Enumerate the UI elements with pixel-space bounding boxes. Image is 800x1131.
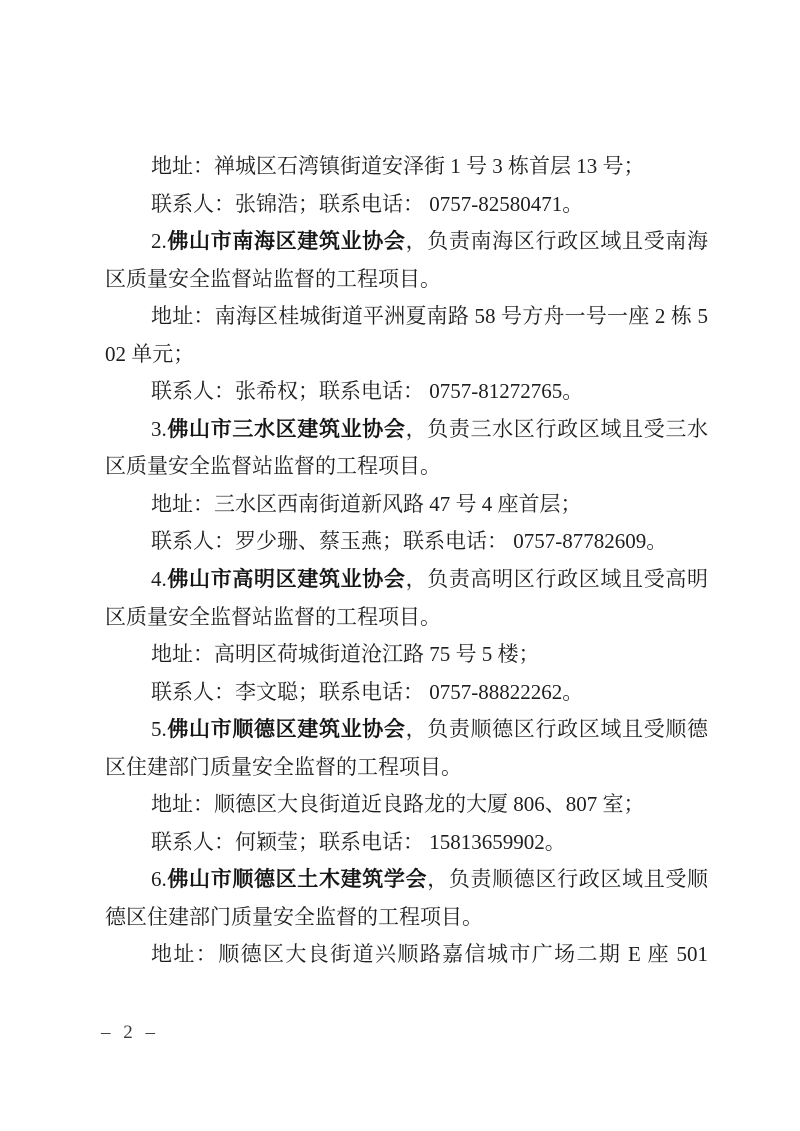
- page-body: 地址：禅城区石湾镇街道安泽街 1 号 3 栋首层 13 号； 联系人：张锦浩；联…: [105, 148, 708, 974]
- entry5-heading: 5.佛山市顺德区建筑业协会，负责顺德区行政区域且受顺德区住建部门质量安全监督的工…: [105, 711, 708, 786]
- document-page: 地址：禅城区石湾镇街道安泽街 1 号 3 栋首层 13 号； 联系人：张锦浩；联…: [0, 0, 800, 1131]
- entry4-org-name: 佛山市高明区建筑业协会: [167, 568, 406, 591]
- entry5-address-line: 地址：顺德区大良街道近良路龙的大厦 806、807 室；: [105, 786, 708, 824]
- entry6-number: 6.: [151, 867, 167, 891]
- entry1-contact-line: 联系人：张锦浩；联系电话： 0757-82580471。: [105, 186, 708, 224]
- entry4-contact-line: 联系人：李文聪；联系电话： 0757-88822262。: [105, 674, 708, 712]
- entry3-org-name: 佛山市三水区建筑业协会: [167, 418, 406, 441]
- page-number: – 2 –: [101, 1022, 159, 1044]
- entry6-address-line: 地址：顺德区大良街道兴顺路嘉信城市广场二期 E 座 501: [105, 936, 708, 974]
- entry5-contact-line: 联系人：何颖莹；联系电话： 15813659902。: [105, 824, 708, 862]
- entry3-number: 3.: [151, 417, 167, 441]
- entry3-heading: 3.佛山市三水区建筑业协会，负责三水区行政区域且受三水区质量安全监督站监督的工程…: [105, 411, 708, 486]
- entry4-heading: 4.佛山市高明区建筑业协会，负责高明区行政区域且受高明区质量安全监督站监督的工程…: [105, 561, 708, 636]
- entry3-address-line: 地址：三水区西南街道新风路 47 号 4 座首层；: [105, 486, 708, 524]
- entry2-heading: 2.佛山市南海区建筑业协会，负责南海区行政区域且受南海区质量安全监督站监督的工程…: [105, 223, 708, 298]
- entry2-number: 2.: [151, 229, 167, 253]
- entry1-address-line: 地址：禅城区石湾镇街道安泽街 1 号 3 栋首层 13 号；: [105, 148, 708, 186]
- entry5-org-name: 佛山市顺德区建筑业协会: [167, 718, 406, 741]
- entry4-number: 4.: [151, 567, 167, 591]
- entry3-contact-line: 联系人：罗少珊、蔡玉燕；联系电话： 0757-87782609。: [105, 523, 708, 561]
- entry2-org-name: 佛山市南海区建筑业协会: [167, 230, 406, 253]
- entry6-heading: 6.佛山市顺德区土木建筑学会，负责顺德区行政区域且受顺德区住建部门质量安全监督的…: [105, 861, 708, 936]
- entry6-org-name: 佛山市顺德区土木建筑学会: [167, 868, 427, 891]
- entry5-number: 5.: [151, 717, 167, 741]
- entry2-address-line: 地址：南海区桂城街道平洲夏南路 58 号方舟一号一座 2 栋 502 单元；: [105, 298, 708, 373]
- entry4-address-line: 地址：高明区荷城街道沧江路 75 号 5 楼；: [105, 636, 708, 674]
- entry2-contact-line: 联系人：张希权；联系电话： 0757-81272765。: [105, 373, 708, 411]
